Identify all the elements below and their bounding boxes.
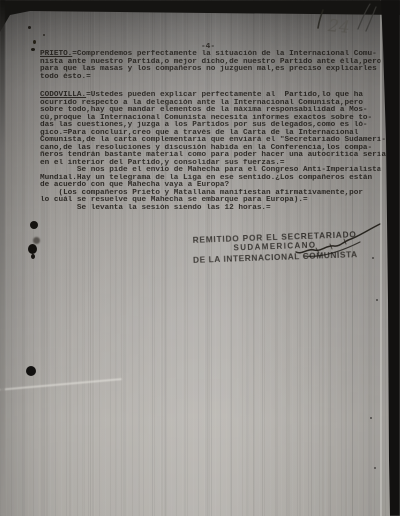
ink-speck	[43, 34, 45, 36]
ink-blot	[26, 366, 36, 376]
photo-dark-edge-left	[0, 0, 5, 516]
paragraph: CODOVILLA.=Ustedes pueden explicar perfe…	[40, 92, 386, 167]
typewritten-line: Se levanta la sesión siendo las 12 horas…	[40, 205, 386, 213]
speaker-name: CODOVILLA.	[40, 91, 86, 99]
typewritten-text-block: PRIETO.=Comprendemos perfectamente la si…	[40, 51, 386, 212]
ink-speck	[376, 299, 378, 301]
ink-blot	[31, 254, 35, 259]
paragraph: PRIETO.=Comprendemos perfectamente la si…	[40, 51, 386, 81]
ink-blot	[28, 244, 37, 254]
ink-blot	[33, 237, 40, 244]
pen-scrawl-marks	[354, 1, 378, 33]
paper-edge-highlight	[380, 0, 382, 516]
handwritten-page-number: 24	[327, 17, 350, 37]
ink-speck	[28, 26, 31, 29]
paragraph: Se nos pide el envío de Mahecha para el …	[40, 167, 386, 212]
ink-speck	[31, 48, 35, 51]
typewritten-line: todo ésto.=	[40, 74, 386, 82]
ink-speck	[33, 40, 36, 44]
ink-speck	[370, 417, 372, 419]
scanned-document-photo: -4- PRIETO.=Comprendemos perfectamente l…	[0, 0, 400, 516]
scratch-line	[0, 378, 122, 390]
ink-blot	[30, 221, 38, 229]
speaker-name: PRIETO.	[40, 50, 72, 58]
ink-speck	[374, 467, 376, 469]
handwritten-signature	[288, 215, 392, 261]
typewritten-line: para que las masas y los compañeros no j…	[40, 66, 386, 74]
pen-tick-mark	[312, 8, 330, 30]
